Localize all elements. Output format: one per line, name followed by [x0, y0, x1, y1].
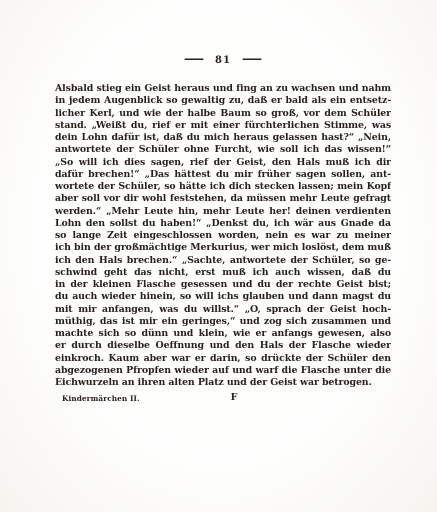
text-line: so lange Zeit eingeschlossen worden, nei… — [55, 230, 391, 242]
text-line: aber soll vor dir wohl feststehen, da mü… — [55, 193, 391, 205]
header-rule-right: — — [241, 52, 262, 66]
text-line: in jedem Augenblick so gewaltig zu, daß … — [55, 95, 391, 107]
text-line: stand. „Weißt du, rief er mit einer fürc… — [55, 120, 391, 132]
text-line: ich bin der großmächtige Merkurius, wer … — [55, 242, 391, 254]
text-line: „So will ich dies sagen, rief der Geist,… — [55, 157, 391, 169]
text-line: du auch wieder hinein, so will ichs glau… — [55, 291, 391, 303]
text-line: müthig, das ist mir ein geringes,“ und z… — [55, 316, 391, 328]
text-line: abgezogenen Pfropfen wieder auf und warf… — [55, 365, 391, 377]
text-line: in der kleinen Flasche gesessen und du d… — [55, 279, 391, 291]
page-footer: Kindermärchen II. F — [55, 392, 391, 406]
text-line: dafür brechen!“ „Das hättest du mir früh… — [55, 169, 391, 181]
header-rule-left: — — [184, 52, 205, 66]
text-line: antwortete der Schüler ohne Furcht, wie … — [55, 144, 391, 156]
book-page-scan: —81— Alsbald stieg ein Geist heraus und … — [0, 0, 437, 512]
text-line: wortete der Schüler, so hätte ich dich s… — [55, 181, 391, 193]
text-line: dein Lohn dafür ist, daß du mich heraus … — [55, 132, 391, 144]
text-line: einkroch. Kaum aber war er darin, so drü… — [55, 353, 391, 365]
body-text-block: Alsbald stieg ein Geist heraus und fing … — [55, 83, 391, 389]
text-line: werden.“ „Mehr Leute hin, mehr Leute her… — [55, 206, 391, 218]
text-line: ich den Hals brechen.“ „Sachte, antworte… — [55, 255, 391, 267]
text-line: Eichwurzeln an ihren alten Platz und der… — [55, 377, 391, 389]
signature-mark: F — [55, 392, 391, 403]
text-line: schwind geht das nicht, erst muß ich auc… — [55, 267, 391, 279]
text-line: mit mir anfangen, was du willst.“ „O, sp… — [55, 304, 391, 316]
text-line: licher Kerl, und wie der halbe Baum so g… — [55, 108, 391, 120]
page-number: 81 — [215, 55, 231, 66]
text-line: Alsbald stieg ein Geist heraus und fing … — [55, 83, 391, 95]
text-line: machte sich so dünn und klein, wie er an… — [55, 328, 391, 340]
text-line: er durch dieselbe Oeffnung und den Hals … — [55, 340, 391, 352]
page-header: —81— — [55, 55, 391, 66]
text-line: Lohn den sollst du haben!“ „Denkst du, i… — [55, 218, 391, 230]
